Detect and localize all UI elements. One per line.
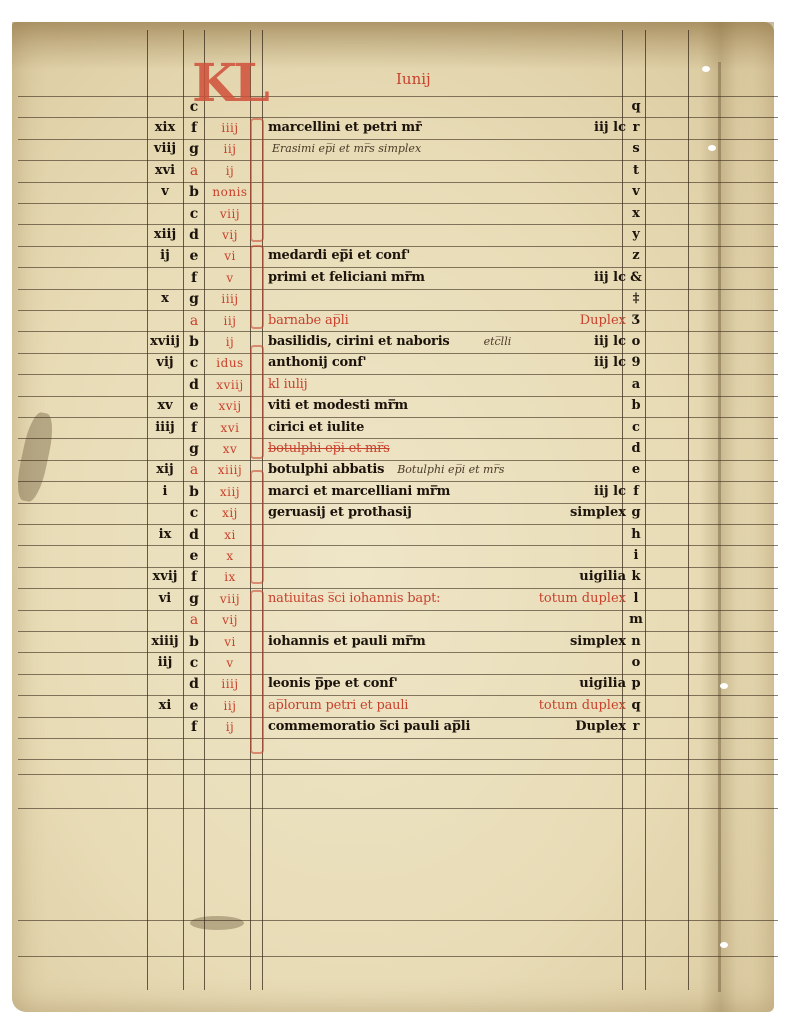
dominical-letter: c bbox=[186, 203, 202, 225]
roman-date: ij bbox=[205, 331, 255, 353]
roman-date: xiij bbox=[205, 481, 255, 503]
feast-entry: marci et marcelliani mr̅m bbox=[268, 481, 450, 503]
fold-crease bbox=[718, 62, 721, 992]
feast-entry: commemoratio s̅ci pauli ap̅li bbox=[268, 716, 470, 738]
tab-letter: 9 bbox=[625, 352, 647, 374]
ruling-horizontal bbox=[18, 759, 778, 760]
feast-rank: Duplex bbox=[460, 716, 626, 738]
tab-letter: n bbox=[625, 631, 647, 653]
sewing-hole bbox=[702, 66, 710, 72]
tab-letter: ‡ bbox=[625, 288, 647, 310]
feast-rank: iij lc bbox=[460, 481, 626, 503]
roman-date: xvij bbox=[205, 395, 255, 417]
golden-number: ix bbox=[147, 524, 183, 546]
ruling-horizontal bbox=[18, 224, 778, 225]
feast-entry: viti et modesti mr̅m bbox=[268, 395, 408, 417]
feast-rank bbox=[460, 438, 626, 460]
feast-entry: barnabe ap̅li bbox=[268, 310, 349, 332]
kl-initial: KL bbox=[192, 58, 266, 110]
dominical-letter: e bbox=[186, 695, 202, 717]
tab-letter: t bbox=[625, 160, 647, 182]
tab-letter: p bbox=[625, 673, 647, 695]
roman-date: nonis bbox=[205, 181, 255, 203]
roman-date: ij bbox=[205, 160, 255, 182]
dominical-letter: d bbox=[186, 673, 202, 695]
golden-number bbox=[147, 203, 183, 225]
ruling-horizontal bbox=[18, 374, 778, 375]
ruling-horizontal bbox=[18, 545, 778, 546]
feast-rank: uigilia bbox=[460, 673, 626, 695]
feast-entry: natiuitas s̅ci iohannis bapt: bbox=[268, 588, 440, 610]
feast-rank bbox=[460, 288, 626, 310]
feast-entry: botulphi abbatis bbox=[268, 459, 384, 481]
golden-number: i bbox=[147, 481, 183, 503]
feast-rank bbox=[460, 545, 626, 567]
golden-number: vi bbox=[147, 588, 183, 610]
golden-number bbox=[147, 716, 183, 738]
golden-number: iij bbox=[147, 652, 183, 674]
golden-number bbox=[147, 545, 183, 567]
feast-rank bbox=[460, 374, 626, 396]
ruling-horizontal bbox=[18, 774, 778, 775]
feast-rank bbox=[460, 160, 626, 182]
tab-letter: g bbox=[625, 502, 647, 524]
damage-stain-left bbox=[13, 410, 57, 503]
golden-number bbox=[147, 310, 183, 332]
feast-entry: botulphi ep̅i et mr̅s bbox=[268, 438, 390, 460]
dominical-letter: c bbox=[186, 352, 202, 374]
ruling-horizontal bbox=[18, 920, 778, 921]
feast-rank: uigilia bbox=[460, 566, 626, 588]
feast-entry: cirici et iulite bbox=[268, 417, 364, 439]
roman-date: idus bbox=[205, 352, 255, 374]
roman-date: vi bbox=[205, 631, 255, 653]
golden-number: xvij bbox=[147, 566, 183, 588]
sewing-hole bbox=[708, 145, 716, 151]
dominical-letter: c bbox=[186, 652, 202, 674]
dominical-letter: e bbox=[186, 245, 202, 267]
roman-date: xiiij bbox=[205, 459, 255, 481]
golden-number: vij bbox=[147, 352, 183, 374]
roman-date: iij bbox=[205, 695, 255, 717]
feast-rank: simplex bbox=[460, 502, 626, 524]
feast-entry: anthonij conf' bbox=[268, 352, 366, 374]
feast-entry: geruasij et prothasij bbox=[268, 502, 412, 524]
sewing-hole bbox=[720, 942, 728, 948]
binding-gutter bbox=[700, 22, 752, 1012]
golden-number bbox=[147, 609, 183, 631]
ruling-horizontal bbox=[18, 96, 778, 97]
feast-rank: totum duplex bbox=[460, 695, 626, 717]
ruling-horizontal bbox=[18, 674, 778, 675]
roman-date: iij bbox=[205, 138, 255, 160]
ruling-horizontal bbox=[18, 182, 778, 183]
ruling-horizontal bbox=[18, 567, 778, 568]
dominical-letter: d bbox=[186, 224, 202, 246]
roman-date: iiij bbox=[205, 288, 255, 310]
tab-letter: d bbox=[625, 438, 647, 460]
header-tab-letter: q bbox=[625, 96, 647, 118]
feast-entry: marcellini et petri mr̄ bbox=[268, 117, 422, 139]
golden-number: xviij bbox=[147, 331, 183, 353]
roman-date: ix bbox=[205, 566, 255, 588]
tab-letter: q bbox=[625, 695, 647, 717]
roman-date: v bbox=[205, 652, 255, 674]
golden-number bbox=[147, 673, 183, 695]
roman-date: xviij bbox=[205, 374, 255, 396]
ruling-horizontal bbox=[18, 353, 778, 354]
feast-rank bbox=[460, 181, 626, 203]
feast-rank bbox=[460, 459, 626, 481]
feast-rank bbox=[460, 224, 626, 246]
dominical-letter: d bbox=[186, 374, 202, 396]
ruling-horizontal bbox=[18, 610, 778, 611]
worm-hole-bottom bbox=[190, 916, 244, 930]
feast-rank bbox=[460, 609, 626, 631]
water-stain-top bbox=[12, 22, 774, 70]
tab-letter: Ʒ bbox=[625, 310, 647, 332]
golden-number: v bbox=[147, 181, 183, 203]
dominical-letter: f bbox=[186, 417, 202, 439]
tab-letter: b bbox=[625, 395, 647, 417]
tab-letter: e bbox=[625, 459, 647, 481]
sewing-hole bbox=[720, 683, 728, 689]
tab-letter: m bbox=[625, 609, 647, 631]
feast-rank: simplex bbox=[460, 631, 626, 653]
feast-rank bbox=[460, 203, 626, 225]
feast-entry: iohannis et pauli mr̅m bbox=[268, 631, 426, 653]
tab-letter: y bbox=[625, 224, 647, 246]
ruling-horizontal bbox=[18, 524, 778, 525]
feast-entry: primi et feliciani mr̅m bbox=[268, 267, 425, 289]
ruling-horizontal bbox=[18, 203, 778, 204]
golden-number: xv bbox=[147, 395, 183, 417]
golden-number: x bbox=[147, 288, 183, 310]
golden-number: xvi bbox=[147, 160, 183, 182]
dominical-letter: b bbox=[186, 631, 202, 653]
golden-number bbox=[147, 267, 183, 289]
roman-date: vi bbox=[205, 245, 255, 267]
golden-number bbox=[147, 502, 183, 524]
tab-letter: l bbox=[625, 588, 647, 610]
feast-rank bbox=[460, 395, 626, 417]
roman-date: xvi bbox=[205, 417, 255, 439]
dominical-letter: f bbox=[186, 267, 202, 289]
ruling-horizontal bbox=[18, 808, 778, 809]
roman-date: vij bbox=[205, 609, 255, 631]
dominical-letter: g bbox=[186, 438, 202, 460]
golden-number: xiij bbox=[147, 224, 183, 246]
dominical-letter: a bbox=[186, 310, 202, 332]
golden-number: ij bbox=[147, 245, 183, 267]
dominical-letter: g bbox=[186, 138, 202, 160]
feast-rank: iij lc bbox=[460, 352, 626, 374]
feast-rank bbox=[460, 138, 626, 160]
roman-date: v bbox=[205, 267, 255, 289]
tab-letter: k bbox=[625, 566, 647, 588]
tab-letter: s bbox=[625, 138, 647, 160]
feast-entry: ap̅lorum petri et pauli bbox=[268, 695, 408, 717]
dominical-letter: b bbox=[186, 181, 202, 203]
roman-date: xi bbox=[205, 524, 255, 546]
ruling-horizontal bbox=[18, 160, 778, 161]
tab-letter: i bbox=[625, 545, 647, 567]
dominical-letter: d bbox=[186, 524, 202, 546]
dominical-letter: f bbox=[186, 716, 202, 738]
month-heading: Iunij bbox=[396, 70, 431, 88]
tab-letter: z bbox=[625, 245, 647, 267]
dominical-letter: a bbox=[186, 459, 202, 481]
feast-rank bbox=[460, 417, 626, 439]
golden-number: xiiij bbox=[147, 631, 183, 653]
tab-letter: v bbox=[625, 181, 647, 203]
ruling-horizontal bbox=[18, 738, 778, 739]
roman-date: viij bbox=[205, 588, 255, 610]
roman-date: xv bbox=[205, 438, 255, 460]
dominical-letter: c bbox=[186, 502, 202, 524]
dominical-letter: b bbox=[186, 331, 202, 353]
roman-date: xij bbox=[205, 502, 255, 524]
header-dominical-letter: c bbox=[186, 96, 202, 118]
dominical-letter: g bbox=[186, 288, 202, 310]
feast-rank: totum duplex bbox=[460, 588, 626, 610]
roman-date: iiij bbox=[205, 117, 255, 139]
feast-entry: kl iulij bbox=[268, 374, 307, 396]
tab-letter: o bbox=[625, 652, 647, 674]
roman-date: ij bbox=[205, 716, 255, 738]
tab-letter: & bbox=[625, 267, 647, 289]
feast-rank: iij lc bbox=[460, 267, 626, 289]
golden-number bbox=[147, 374, 183, 396]
dominical-letter: g bbox=[186, 588, 202, 610]
feast-rank bbox=[460, 524, 626, 546]
ruling-horizontal bbox=[18, 417, 778, 418]
feast-entry: medardi ep̅i et conf' bbox=[268, 245, 410, 267]
tab-letter: o bbox=[625, 331, 647, 353]
roman-date: iiij bbox=[205, 673, 255, 695]
dominical-letter: e bbox=[186, 395, 202, 417]
dominical-letter: b bbox=[186, 481, 202, 503]
ruling-horizontal bbox=[18, 438, 778, 439]
tab-letter: c bbox=[625, 417, 647, 439]
feast-rank bbox=[460, 245, 626, 267]
roman-date: x bbox=[205, 545, 255, 567]
dominical-letter: f bbox=[186, 566, 202, 588]
golden-number: iiij bbox=[147, 417, 183, 439]
dominical-letter: a bbox=[186, 609, 202, 631]
dominical-letter: f bbox=[186, 117, 202, 139]
feast-entry: basilidis, cirini et naboris bbox=[268, 331, 450, 353]
golden-number: xij bbox=[147, 459, 183, 481]
dominical-letter: e bbox=[186, 545, 202, 567]
tab-letter: r bbox=[625, 117, 647, 139]
golden-number bbox=[147, 438, 183, 460]
golden-number: xix bbox=[147, 117, 183, 139]
feast-rank: iij lc bbox=[460, 331, 626, 353]
ruling-horizontal bbox=[18, 310, 778, 311]
feast-entry: leonis p̅pe et conf' bbox=[268, 673, 398, 695]
tab-letter: h bbox=[625, 524, 647, 546]
ruling-horizontal bbox=[18, 289, 778, 290]
feast-rank: iij lc bbox=[460, 117, 626, 139]
ruling-vertical bbox=[183, 30, 184, 990]
ruling-vertical bbox=[688, 30, 689, 990]
feast-rank: Duplex bbox=[460, 310, 626, 332]
roman-date: iij bbox=[205, 310, 255, 332]
golden-number: xi bbox=[147, 695, 183, 717]
ruling-horizontal bbox=[18, 956, 778, 957]
dominical-letter: a bbox=[186, 160, 202, 182]
marginal-gloss: Erasimi ep̅i et mr̅s simplex bbox=[272, 138, 421, 160]
tab-letter: r bbox=[625, 716, 647, 738]
tab-letter: x bbox=[625, 203, 647, 225]
golden-number: viij bbox=[147, 138, 183, 160]
tab-letter: a bbox=[625, 374, 647, 396]
roman-date: viij bbox=[205, 203, 255, 225]
roman-date: vij bbox=[205, 224, 255, 246]
tab-letter: f bbox=[625, 481, 647, 503]
feast-rank bbox=[460, 652, 626, 674]
